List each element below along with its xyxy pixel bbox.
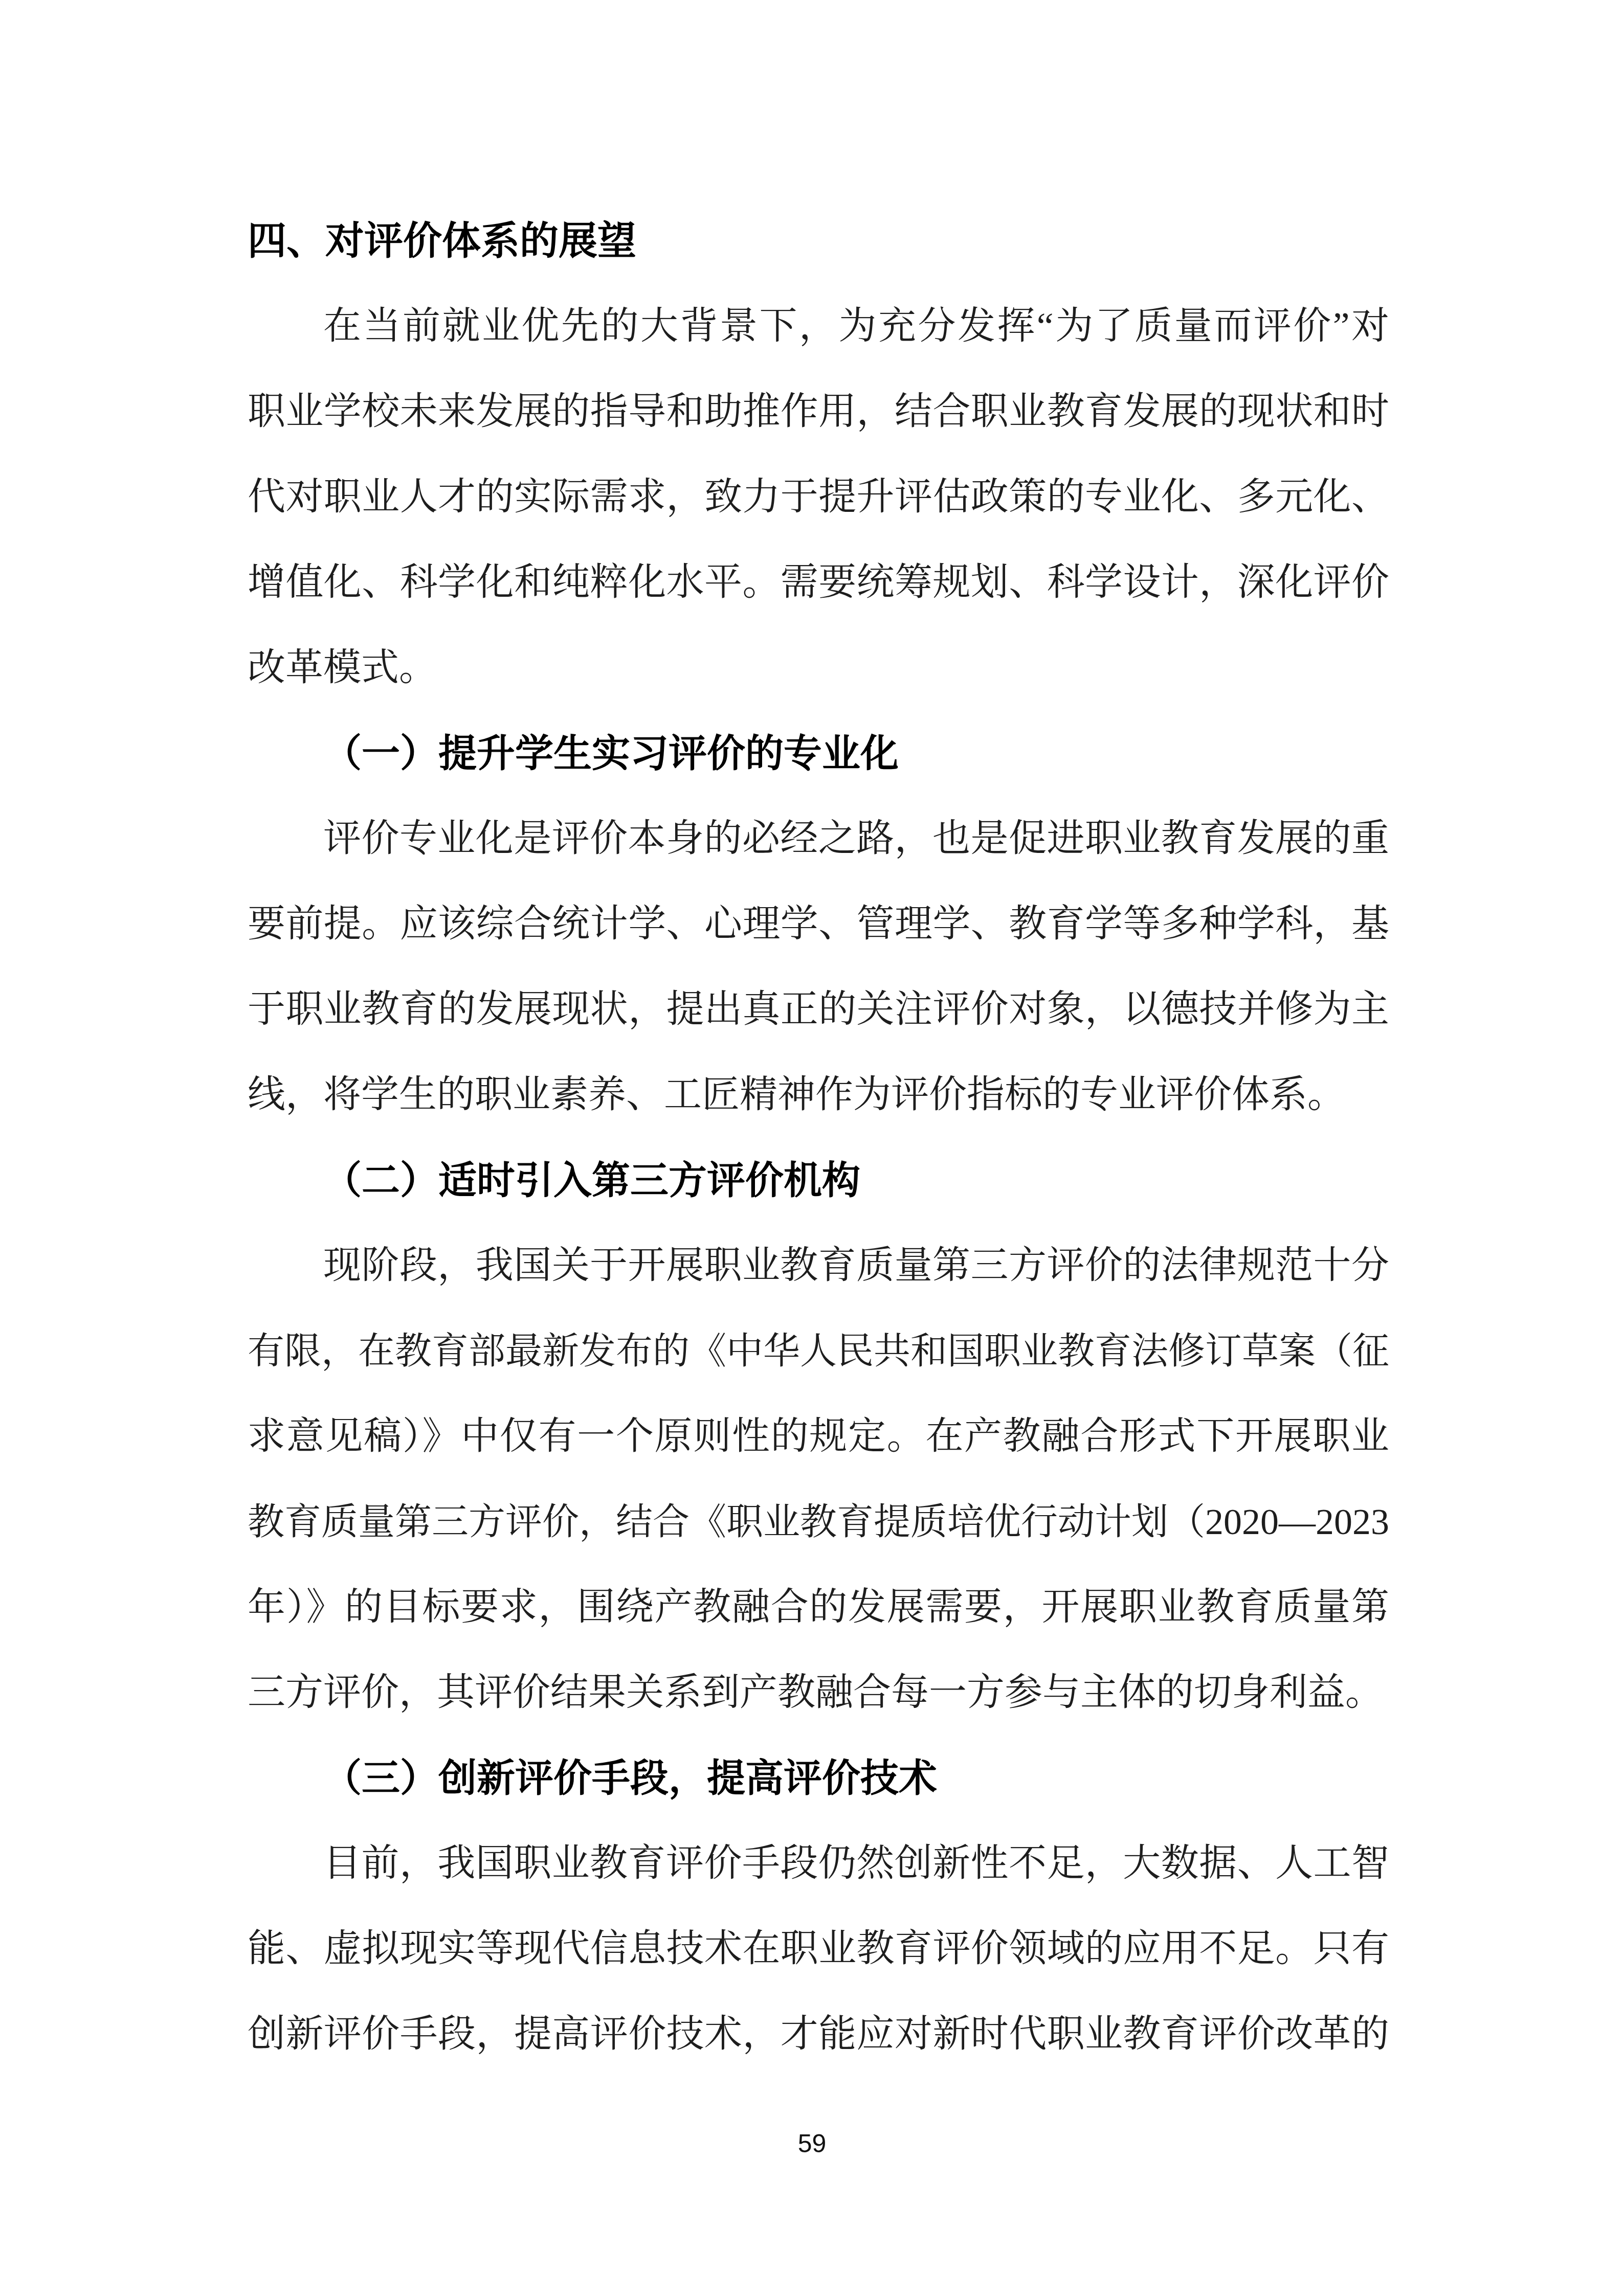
paragraph-line: 线，将学生的职业素养、工匠精神作为评价指标的专业评价体系。 [248,1052,1389,1138]
paragraph-line: 增值化、科学化和纯粹化水平。需要统筹规划、科学设计，深化评价 [248,540,1389,625]
paragraph-line: 在当前就业优先的大背景下，为充分发挥“为了质量而评价”对 [248,284,1389,369]
paragraph-line: 教育质量第三方评价，结合《职业教育提质培优行动计划（2020—2023 [248,1479,1389,1565]
subsection-heading-1: （一）提升学生实习评价的专业化 [248,711,1389,796]
paragraph-line: 年）》的目标要求，围绕产教融合的发展需要，开展职业教育质量第 [248,1565,1389,1650]
paragraph-line: 代对职业人才的实际需求，致力于提升评估政策的专业化、多元化、 [248,455,1389,540]
paragraph-line: 职业学校未来发展的指导和助推作用，结合职业教育发展的现状和时 [248,369,1389,455]
paragraph-line: 现阶段，我国关于开展职业教育质量第三方评价的法律规范十分 [248,1223,1389,1309]
document-page: 四、对评价体系的展望 在当前就业优先的大背景下，为充分发挥“为了质量而评价”对 … [0,0,1624,2296]
paragraph-line: 评价专业化是评价本身的必经之路，也是促进职业教育发展的重 [248,796,1389,882]
page-number: 59 [0,2128,1624,2159]
paragraph-line: 要前提。应该综合统计学、心理学、管理学、教育学等多种学科，基 [248,882,1389,967]
subsection-heading-2: （二）适时引入第三方评价机构 [248,1138,1389,1223]
paragraph-line: 有限，在教育部最新发布的《中华人民共和国职业教育法修订草案（征 [248,1309,1389,1394]
paragraph-line: 于职业教育的发展现状，提出真正的关注评价对象，以德技并修为主 [248,967,1389,1052]
subsection-heading-3: （三）创新评价手段，提高评价技术 [248,1736,1389,1821]
paragraph-line: 求意见稿）》中仅有一个原则性的规定。在产教融合形式下开展职业 [248,1394,1389,1479]
paragraph-line: 目前，我国职业教育评价手段仍然创新性不足，大数据、人工智 [248,1821,1389,1906]
section-title: 四、对评价体系的展望 [248,198,1389,284]
paragraph-line: 能、虚拟现实等现代信息技术在职业教育评价领域的应用不足。只有 [248,1906,1389,1992]
paragraph-line: 三方评价，其评价结果关系到产教融合每一方参与主体的切身利益。 [248,1650,1389,1736]
paragraph-line: 创新评价手段，提高评价技术，才能应对新时代职业教育评价改革的 [248,1992,1389,2077]
paragraph-line: 改革模式。 [248,625,1389,711]
page-content: 四、对评价体系的展望 在当前就业优先的大背景下，为充分发挥“为了质量而评价”对 … [248,198,1389,2077]
